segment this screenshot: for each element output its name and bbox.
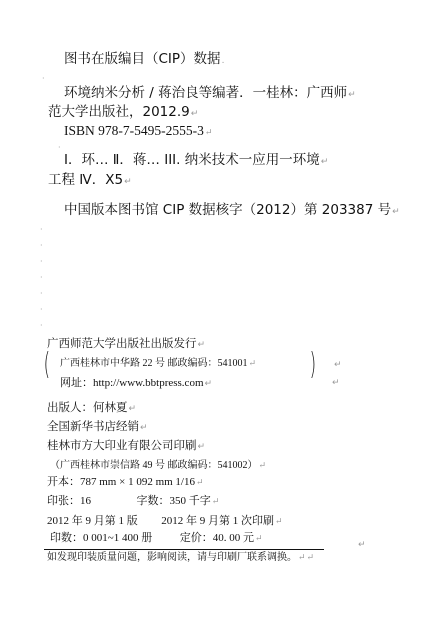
return-mark: ↵ bbox=[205, 379, 213, 389]
return-mark: ↵ bbox=[205, 127, 213, 137]
word-count: 字数：350 千字 bbox=[137, 495, 211, 507]
paragraph-mark: · bbox=[40, 242, 43, 250]
print-run-and-price: 印数：0 001~1 400 册 定价：40. 00 元↵ bbox=[50, 533, 263, 544]
printer: 桂林市方大印业有限公司印刷↵ bbox=[47, 440, 205, 452]
paragraph-mark: · bbox=[58, 144, 61, 152]
paragraph-mark: · bbox=[42, 75, 45, 83]
paragraph-mark: · bbox=[40, 306, 43, 314]
return-mark: ↵ bbox=[259, 460, 267, 470]
return-mark: ↵ bbox=[348, 90, 356, 100]
return-mark: ↵ bbox=[332, 379, 340, 388]
return-mark: ↵ bbox=[212, 496, 220, 506]
return-mark: ↵ bbox=[298, 552, 306, 562]
paragraph-mark: · bbox=[40, 274, 43, 282]
price: 定价：40. 00 元 bbox=[180, 532, 254, 544]
return-mark: ↵ bbox=[307, 552, 315, 562]
cip-entry-line2: 范大学出版社，2012.9↵ bbox=[48, 106, 198, 120]
left-parenthesis: ( bbox=[44, 350, 50, 380]
return-mark: ↵ bbox=[249, 358, 257, 368]
publisher-address: 广西桂林市中华路 22 号 邮政编码：541001↵ bbox=[60, 359, 256, 369]
quality-notice: 如发现印装质量问题，影响阅读，请与印刷厂联系调换。↵↵ bbox=[47, 553, 314, 563]
cip-entry-line1: 环境纳米分析 / 蒋治良等编著．一桂林：广西师↵ bbox=[64, 87, 356, 101]
return-mark: ↵ bbox=[392, 207, 400, 217]
return-mark: ↵ bbox=[275, 516, 283, 526]
edition: 2012 年 9 月第 1 版 bbox=[47, 515, 138, 527]
paragraph-mark: . bbox=[222, 56, 225, 66]
return-mark: ↵ bbox=[198, 340, 206, 350]
printer-address: （广西桂林市崇信路 49 号 邮政编码：541002）↵ bbox=[50, 461, 266, 471]
printing: 2012 年 9 月第 1 次印刷 bbox=[161, 515, 274, 527]
paragraph-mark: · bbox=[40, 226, 43, 234]
print-run: 印数：0 001~1 400 册 bbox=[50, 532, 152, 544]
return-mark: ↵ bbox=[191, 109, 199, 119]
return-mark: ↵ bbox=[334, 361, 342, 370]
paragraph-mark: · bbox=[40, 290, 43, 298]
cip-record-number: 中国版本图书馆 CIP 数据核字（2012）第 203387 号↵ bbox=[64, 204, 400, 218]
return-mark: ↵ bbox=[358, 541, 366, 550]
book-format: 开本：787 mm × 1 092 mm 1/16↵ bbox=[47, 477, 204, 488]
publisher-website: 网址：http://www.bbtpress.com↵ bbox=[60, 377, 212, 389]
right-parenthesis: ) bbox=[310, 350, 316, 380]
cip-heading: 图书在版编目（CIP）数据. bbox=[64, 53, 224, 67]
distributor: 全国新华书店经销↵ bbox=[47, 421, 148, 433]
return-mark: ↵ bbox=[140, 423, 148, 433]
divider-rule bbox=[44, 549, 324, 550]
issued-by: 广西师范大学出版社出版发行↵ bbox=[47, 338, 205, 350]
cip-subjects-line1: Ⅰ．环… Ⅱ．蒋… III. 纳米技术一应用一环境↵ bbox=[64, 154, 328, 168]
edition-and-printing: 2012 年 9 月第 1 版 2012 年 9 月第 1 次印刷↵ bbox=[47, 516, 283, 527]
sheet-count: 印张：16 bbox=[47, 495, 91, 507]
cip-subjects-line2: 工程 Ⅳ．X5↵ bbox=[48, 174, 132, 188]
return-mark: ↵ bbox=[124, 177, 132, 187]
sheets-and-words: 印张：16 字数：350 千字↵ bbox=[47, 496, 219, 507]
publisher-person: 出版人：何林夏↵ bbox=[47, 402, 136, 414]
paragraph-mark: · bbox=[40, 258, 43, 266]
return-mark: ↵ bbox=[129, 404, 137, 414]
return-mark: ↵ bbox=[198, 442, 206, 452]
return-mark: ↵ bbox=[321, 157, 329, 167]
return-mark: ↵ bbox=[196, 477, 204, 487]
isbn: ISBN 978-7-5495-2555-3↵ bbox=[64, 124, 212, 138]
return-mark: ↵ bbox=[255, 533, 263, 543]
paragraph-mark: · bbox=[40, 322, 43, 330]
